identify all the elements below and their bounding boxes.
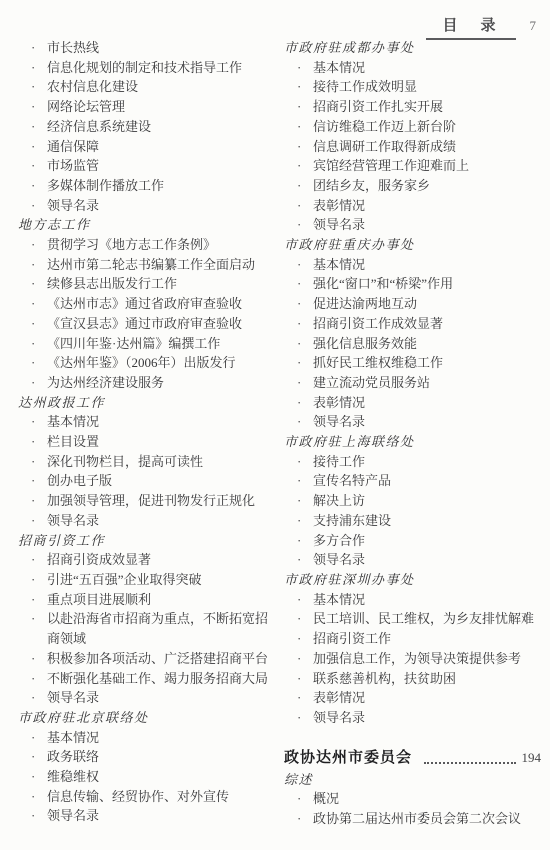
bullet-dot-icon: ·: [31, 255, 35, 275]
toc-item-label: 促进达渝两地互动: [313, 296, 417, 311]
toc-item: ·领导名录: [18, 511, 268, 531]
toc-item: ·招商引资工作成效显著: [284, 314, 541, 334]
bullet-dot-icon: ·: [297, 531, 301, 551]
bullet-dot-icon: ·: [297, 688, 301, 708]
toc-item: ·维稳维权: [18, 767, 268, 787]
toc-section-header: 市政府驻深圳办事处: [284, 570, 541, 590]
toc-item: ·宣传名特产品: [284, 471, 541, 491]
toc-item: ·概况: [284, 789, 541, 809]
bullet-dot-icon: ·: [297, 215, 301, 235]
bullet-dot-icon: ·: [31, 412, 35, 432]
bullet-dot-icon: ·: [297, 274, 301, 294]
bullet-dot-icon: ·: [297, 609, 301, 629]
bullet-dot-icon: ·: [297, 117, 301, 137]
toc-item: ·市场监管: [18, 156, 268, 176]
toc-item-label: 政务联络: [47, 749, 99, 764]
bullet-dot-icon: ·: [297, 196, 301, 216]
toc-item: ·《四川年鉴·达州篇》编撰工作: [18, 334, 268, 354]
toc-item: ·政协第二届达州市委员会第二次会议: [284, 809, 541, 829]
bullet-dot-icon: ·: [31, 353, 35, 373]
toc-item: ·信息调研工作取得新成绩: [284, 137, 541, 157]
toc-item: ·领导名录: [284, 550, 541, 570]
toc-item: ·续修县志出版发行工作: [18, 274, 268, 294]
toc-item-label: 强化信息服务效能: [313, 336, 417, 351]
bullet-dot-icon: ·: [31, 58, 35, 78]
toc-item: ·为达州经济建设服务: [18, 373, 268, 393]
toc-item-label: 支持浦东建设: [313, 513, 391, 528]
toc-item: ·领导名录: [18, 688, 268, 708]
toc-item-label: 重点项目进展顺利: [47, 592, 151, 607]
bullet-dot-icon: ·: [31, 669, 35, 689]
toc-item: ·基本情况: [18, 728, 268, 748]
bullet-dot-icon: ·: [31, 609, 35, 629]
toc-item-label: 接待工作成效明显: [313, 79, 417, 94]
toc-item-label: 基本情况: [313, 592, 365, 607]
toc-item: ·重点项目进展顺利: [18, 590, 268, 610]
toc-item-label: 为达州经济建设服务: [47, 375, 164, 390]
bullet-dot-icon: ·: [297, 412, 301, 432]
toc-item-label: 网络论坛管理: [47, 99, 125, 114]
toc-item-label: 领导名录: [47, 690, 99, 705]
toc-item-label: 多方合作: [313, 533, 365, 548]
toc-item-label: 领导名录: [313, 217, 365, 232]
bullet-dot-icon: ·: [31, 274, 35, 294]
bullet-dot-icon: ·: [31, 491, 35, 511]
toc-item-label: 《达州年鉴》（2006年）出版发行: [47, 355, 236, 370]
toc-item-label: 领导名录: [47, 513, 99, 528]
toc-item-label: 经济信息系统建设: [47, 119, 151, 134]
toc-item-label: 表彰情况: [313, 690, 365, 705]
toc-item: ·接待工作: [284, 452, 541, 472]
bullet-dot-icon: ·: [297, 255, 301, 275]
toc-item-label: 引进“五百强”企业取得突破: [47, 572, 202, 587]
toc-item: ·深化刊物栏目，提高可读性: [18, 452, 268, 472]
toc-item: ·加强领导管理，促进刊物发行正规化: [18, 491, 268, 511]
toc-item-label: 信访维稳工作迈上新台阶: [313, 119, 456, 134]
toc-item-label: 《宣汉县志》通过市政府审查验收: [47, 316, 242, 331]
toc-item: ·建立流动党员服务站: [284, 373, 541, 393]
toc-item: ·招商引资成效显著: [18, 550, 268, 570]
bullet-dot-icon: ·: [297, 176, 301, 196]
toc-item: ·农村信息化建设: [18, 77, 268, 97]
bullet-dot-icon: ·: [31, 117, 35, 137]
toc-section-header: 市政府驻上海联络处: [284, 432, 541, 452]
toc-item: ·市长热线: [18, 38, 268, 58]
toc-section-header: 达州政报工作: [18, 393, 268, 413]
toc-item-label: 基本情况: [47, 414, 99, 429]
bullet-dot-icon: ·: [31, 97, 35, 117]
bullet-dot-icon: ·: [31, 570, 35, 590]
toc-item: ·抓好民工维权维稳工作: [284, 353, 541, 373]
bullet-dot-icon: ·: [297, 669, 301, 689]
bullet-dot-icon: ·: [297, 708, 301, 728]
bullet-dot-icon: ·: [31, 314, 35, 334]
toc-item: ·领导名录: [284, 708, 541, 728]
toc-item-label: 市场监管: [47, 158, 99, 173]
toc-item-label: 维稳维权: [47, 769, 99, 784]
bullet-dot-icon: ·: [297, 373, 301, 393]
page-header: 目 录 7: [426, 14, 536, 40]
bullet-dot-icon: ·: [297, 511, 301, 531]
bullet-dot-icon: ·: [297, 353, 301, 373]
bullet-dot-icon: ·: [297, 590, 301, 610]
toc-item-label: 领导名录: [313, 710, 365, 725]
toc-item-label: 宣传名特产品: [313, 473, 391, 488]
toc-item-label: 领导名录: [313, 552, 365, 567]
bullet-dot-icon: ·: [31, 77, 35, 97]
toc-item-label: 续修县志出版发行工作: [47, 276, 177, 291]
bullet-dot-icon: ·: [31, 294, 35, 314]
bullet-dot-icon: ·: [297, 58, 301, 78]
toc-item: ·表彰情况: [284, 688, 541, 708]
bullet-dot-icon: ·: [31, 806, 35, 826]
toc-item-label: 领导名录: [313, 414, 365, 429]
toc-item-label: 深化刊物栏目，提高可读性: [47, 454, 203, 469]
spacer: [284, 728, 541, 744]
bullet-dot-icon: ·: [31, 688, 35, 708]
toc-item-label: 解决上访: [313, 493, 365, 508]
toc-item-label: 信息调研工作取得新成绩: [313, 139, 456, 154]
toc-item-label: 信息传输、经贸协作、对外宣传: [47, 789, 229, 804]
toc-item-label: 栏目设置: [47, 434, 99, 449]
toc-item-label: 通信保障: [47, 139, 99, 154]
toc-item: ·团结乡友，服务家乡: [284, 176, 541, 196]
page-number: 7: [530, 18, 537, 34]
toc-item-label: 表彰情况: [313, 395, 365, 410]
bullet-dot-icon: ·: [31, 235, 35, 255]
toc-item-label: 积极参加各项活动、广泛搭建招商平台: [47, 651, 268, 666]
toc-item: ·表彰情况: [284, 393, 541, 413]
bullet-dot-icon: ·: [31, 787, 35, 807]
toc-item: ·多方合作: [284, 531, 541, 551]
toc-item: ·通信保障: [18, 137, 268, 157]
toc-item: ·基本情况: [284, 255, 541, 275]
toc-section-header: 市政府驻成都办事处: [284, 38, 541, 58]
bullet-dot-icon: ·: [297, 649, 301, 669]
toc-item-label: 基本情况: [47, 730, 99, 745]
toc-item: ·基本情况: [18, 412, 268, 432]
toc-item: ·网络论坛管理: [18, 97, 268, 117]
toc-section-header: 地方志工作: [18, 215, 268, 235]
toc-item-label: 概况: [313, 791, 339, 806]
bullet-dot-icon: ·: [31, 432, 35, 452]
toc-item: ·基本情况: [284, 58, 541, 78]
toc-item: ·栏目设置: [18, 432, 268, 452]
bullet-dot-icon: ·: [297, 393, 301, 413]
bullet-dot-icon: ·: [297, 97, 301, 117]
toc-item: ·强化“窗口”和“桥梁”作用: [284, 274, 541, 294]
toc-item-label: 基本情况: [313, 60, 365, 75]
toc-item-label: 联系慈善机构，扶贫助困: [313, 671, 456, 686]
toc-item-label: 创办电子版: [47, 473, 112, 488]
bullet-dot-icon: ·: [31, 511, 35, 531]
bullet-dot-icon: ·: [31, 728, 35, 748]
toc-item-label: 《四川年鉴·达州篇》编撰工作: [47, 336, 220, 351]
toc-item-label: 市长热线: [47, 40, 99, 55]
toc-item: ·支持浦东建设: [284, 511, 541, 531]
toc-item-label: 招商引资工作: [313, 631, 391, 646]
toc-item-label: 以赴沿海省市招商为重点，不断拓宽招商领域: [47, 611, 268, 646]
toc-item: ·接待工作成效明显: [284, 77, 541, 97]
bullet-dot-icon: ·: [297, 452, 301, 472]
toc-section-header: 招商引资工作: [18, 531, 268, 551]
toc-item: ·领导名录: [18, 196, 268, 216]
bullet-dot-icon: ·: [31, 176, 35, 196]
toc-item: ·经济信息系统建设: [18, 117, 268, 137]
bullet-dot-icon: ·: [297, 77, 301, 97]
toc-item-label: 达州市第二轮志书编纂工作全面启动: [47, 257, 255, 272]
toc-item: ·引进“五百强”企业取得突破: [18, 570, 268, 590]
page-title: 目 录: [426, 14, 515, 40]
toc-section-header: 市政府驻重庆办事处: [284, 235, 541, 255]
toc-item: ·领导名录: [284, 215, 541, 235]
bullet-dot-icon: ·: [31, 137, 35, 157]
bullet-dot-icon: ·: [31, 471, 35, 491]
toc-item: ·招商引资工作扎实开展: [284, 97, 541, 117]
toc-item-label: 团结乡友，服务家乡: [313, 178, 430, 193]
toc-item: ·联系慈善机构，扶贫助困: [284, 669, 541, 689]
toc-item-label: 招商引资工作成效显著: [313, 316, 443, 331]
toc-item: ·政务联络: [18, 747, 268, 767]
bullet-dot-icon: ·: [297, 314, 301, 334]
toc-item: ·领导名录: [284, 412, 541, 432]
toc-item: ·领导名录: [18, 806, 268, 826]
toc-item-label: 《达州市志》通过省政府审查验收: [47, 296, 242, 311]
toc-item: ·促进达渝两地互动: [284, 294, 541, 314]
toc-item: ·多媒体制作播放工作: [18, 176, 268, 196]
bullet-dot-icon: ·: [297, 629, 301, 649]
toc-item: ·宾馆经营管理工作迎难而上: [284, 156, 541, 176]
toc-item: ·解决上访: [284, 491, 541, 511]
toc-item: ·以赴沿海省市招商为重点，不断拓宽招商领域: [18, 609, 268, 648]
toc-item: ·信访维稳工作迈上新台阶: [284, 117, 541, 137]
toc-item-label: 贯彻学习《地方志工作条例》: [47, 237, 216, 252]
bullet-dot-icon: ·: [297, 471, 301, 491]
toc-item: ·民工培训、民工维权，为乡友排忧解难: [284, 609, 541, 629]
bullet-dot-icon: ·: [31, 196, 35, 216]
bullet-dot-icon: ·: [31, 373, 35, 393]
toc-item-label: 农村信息化建设: [47, 79, 138, 94]
toc-item-label: 宾馆经营管理工作迎难而上: [313, 158, 469, 173]
bullet-dot-icon: ·: [31, 590, 35, 610]
toc-item-label: 民工培训、民工维权，为乡友排忧解难: [313, 611, 534, 626]
toc-item-label: 建立流动党员服务站: [313, 375, 430, 390]
toc-page: 目 录 7 ·市长热线·信息化规划的制定和技术指导工作·农村信息化建设·网络论坛…: [0, 0, 550, 850]
bullet-dot-icon: ·: [297, 491, 301, 511]
bullet-dot-icon: ·: [31, 550, 35, 570]
bullet-dot-icon: ·: [297, 156, 301, 176]
toc-item: ·信息化规划的制定和技术指导工作: [18, 58, 268, 78]
bullet-dot-icon: ·: [297, 789, 301, 809]
bullet-dot-icon: ·: [31, 452, 35, 472]
toc-column-left: ·市长热线·信息化规划的制定和技术指导工作·农村信息化建设·网络论坛管理·经济信…: [18, 38, 268, 826]
toc-item-label: 政协第二届达州市委员会第二次会议: [313, 811, 521, 826]
bullet-dot-icon: ·: [31, 649, 35, 669]
toc-item: ·表彰情况: [284, 196, 541, 216]
bullet-dot-icon: ·: [31, 334, 35, 354]
bullet-dot-icon: ·: [297, 809, 301, 829]
toc-item: ·《宣汉县志》通过市政府审查验收: [18, 314, 268, 334]
bullet-dot-icon: ·: [297, 137, 301, 157]
toc-item-label: 招商引资工作扎实开展: [313, 99, 443, 114]
toc-section-header: 市政府驻北京联络处: [18, 708, 268, 728]
toc-chapter-title: 政协达州市委员会: [284, 746, 412, 770]
toc-item: ·《达州年鉴》（2006年）出版发行: [18, 353, 268, 373]
toc-item: ·加强信息工作，为领导决策提供参考: [284, 649, 541, 669]
toc-item: ·信息传输、经贸协作、对外宣传: [18, 787, 268, 807]
toc-item-label: 基本情况: [313, 257, 365, 272]
bullet-dot-icon: ·: [297, 550, 301, 570]
toc-item-label: 招商引资成效显著: [47, 552, 151, 567]
bullet-dot-icon: ·: [297, 334, 301, 354]
bullet-dot-icon: ·: [31, 38, 35, 58]
dotted-leader: [424, 762, 515, 764]
toc-item-label: 强化“窗口”和“桥梁”作用: [313, 276, 453, 291]
toc-item-label: 抓好民工维权维稳工作: [313, 355, 443, 370]
toc-column-right: 市政府驻成都办事处·基本情况·接待工作成效明显·招商引资工作扎实开展·信访维稳工…: [284, 38, 541, 829]
toc-item-label: 信息化规划的制定和技术指导工作: [47, 60, 242, 75]
bullet-dot-icon: ·: [31, 156, 35, 176]
toc-item: ·招商引资工作: [284, 629, 541, 649]
toc-item: ·创办电子版: [18, 471, 268, 491]
toc-chapter-page-number: 194: [522, 746, 542, 770]
toc-item-label: 不断强化基础工作、竭力服务招商大局: [47, 671, 268, 686]
bullet-dot-icon: ·: [31, 747, 35, 767]
toc-item-label: 表彰情况: [313, 198, 365, 213]
toc-item: ·强化信息服务效能: [284, 334, 541, 354]
toc-item-label: 多媒体制作播放工作: [47, 178, 164, 193]
toc-item: ·不断强化基础工作、竭力服务招商大局: [18, 669, 268, 689]
toc-item-label: 接待工作: [313, 454, 365, 469]
toc-item: ·达州市第二轮志书编纂工作全面启动: [18, 255, 268, 275]
toc-item-label: 加强领导管理，促进刊物发行正规化: [47, 493, 255, 508]
bullet-dot-icon: ·: [31, 767, 35, 787]
toc-item-label: 加强信息工作，为领导决策提供参考: [313, 651, 521, 666]
toc-item: ·贯彻学习《地方志工作条例》: [18, 235, 268, 255]
toc-item-label: 领导名录: [47, 198, 99, 213]
toc-section-header: 综述: [284, 770, 541, 790]
toc-item-label: 领导名录: [47, 808, 99, 823]
toc-item: ·积极参加各项活动、广泛搭建招商平台: [18, 649, 268, 669]
toc-item: ·基本情况: [284, 590, 541, 610]
toc-chapter-row: 政协达州市委员会194: [284, 746, 541, 770]
toc-item: ·《达州市志》通过省政府审查验收: [18, 294, 268, 314]
bullet-dot-icon: ·: [297, 294, 301, 314]
